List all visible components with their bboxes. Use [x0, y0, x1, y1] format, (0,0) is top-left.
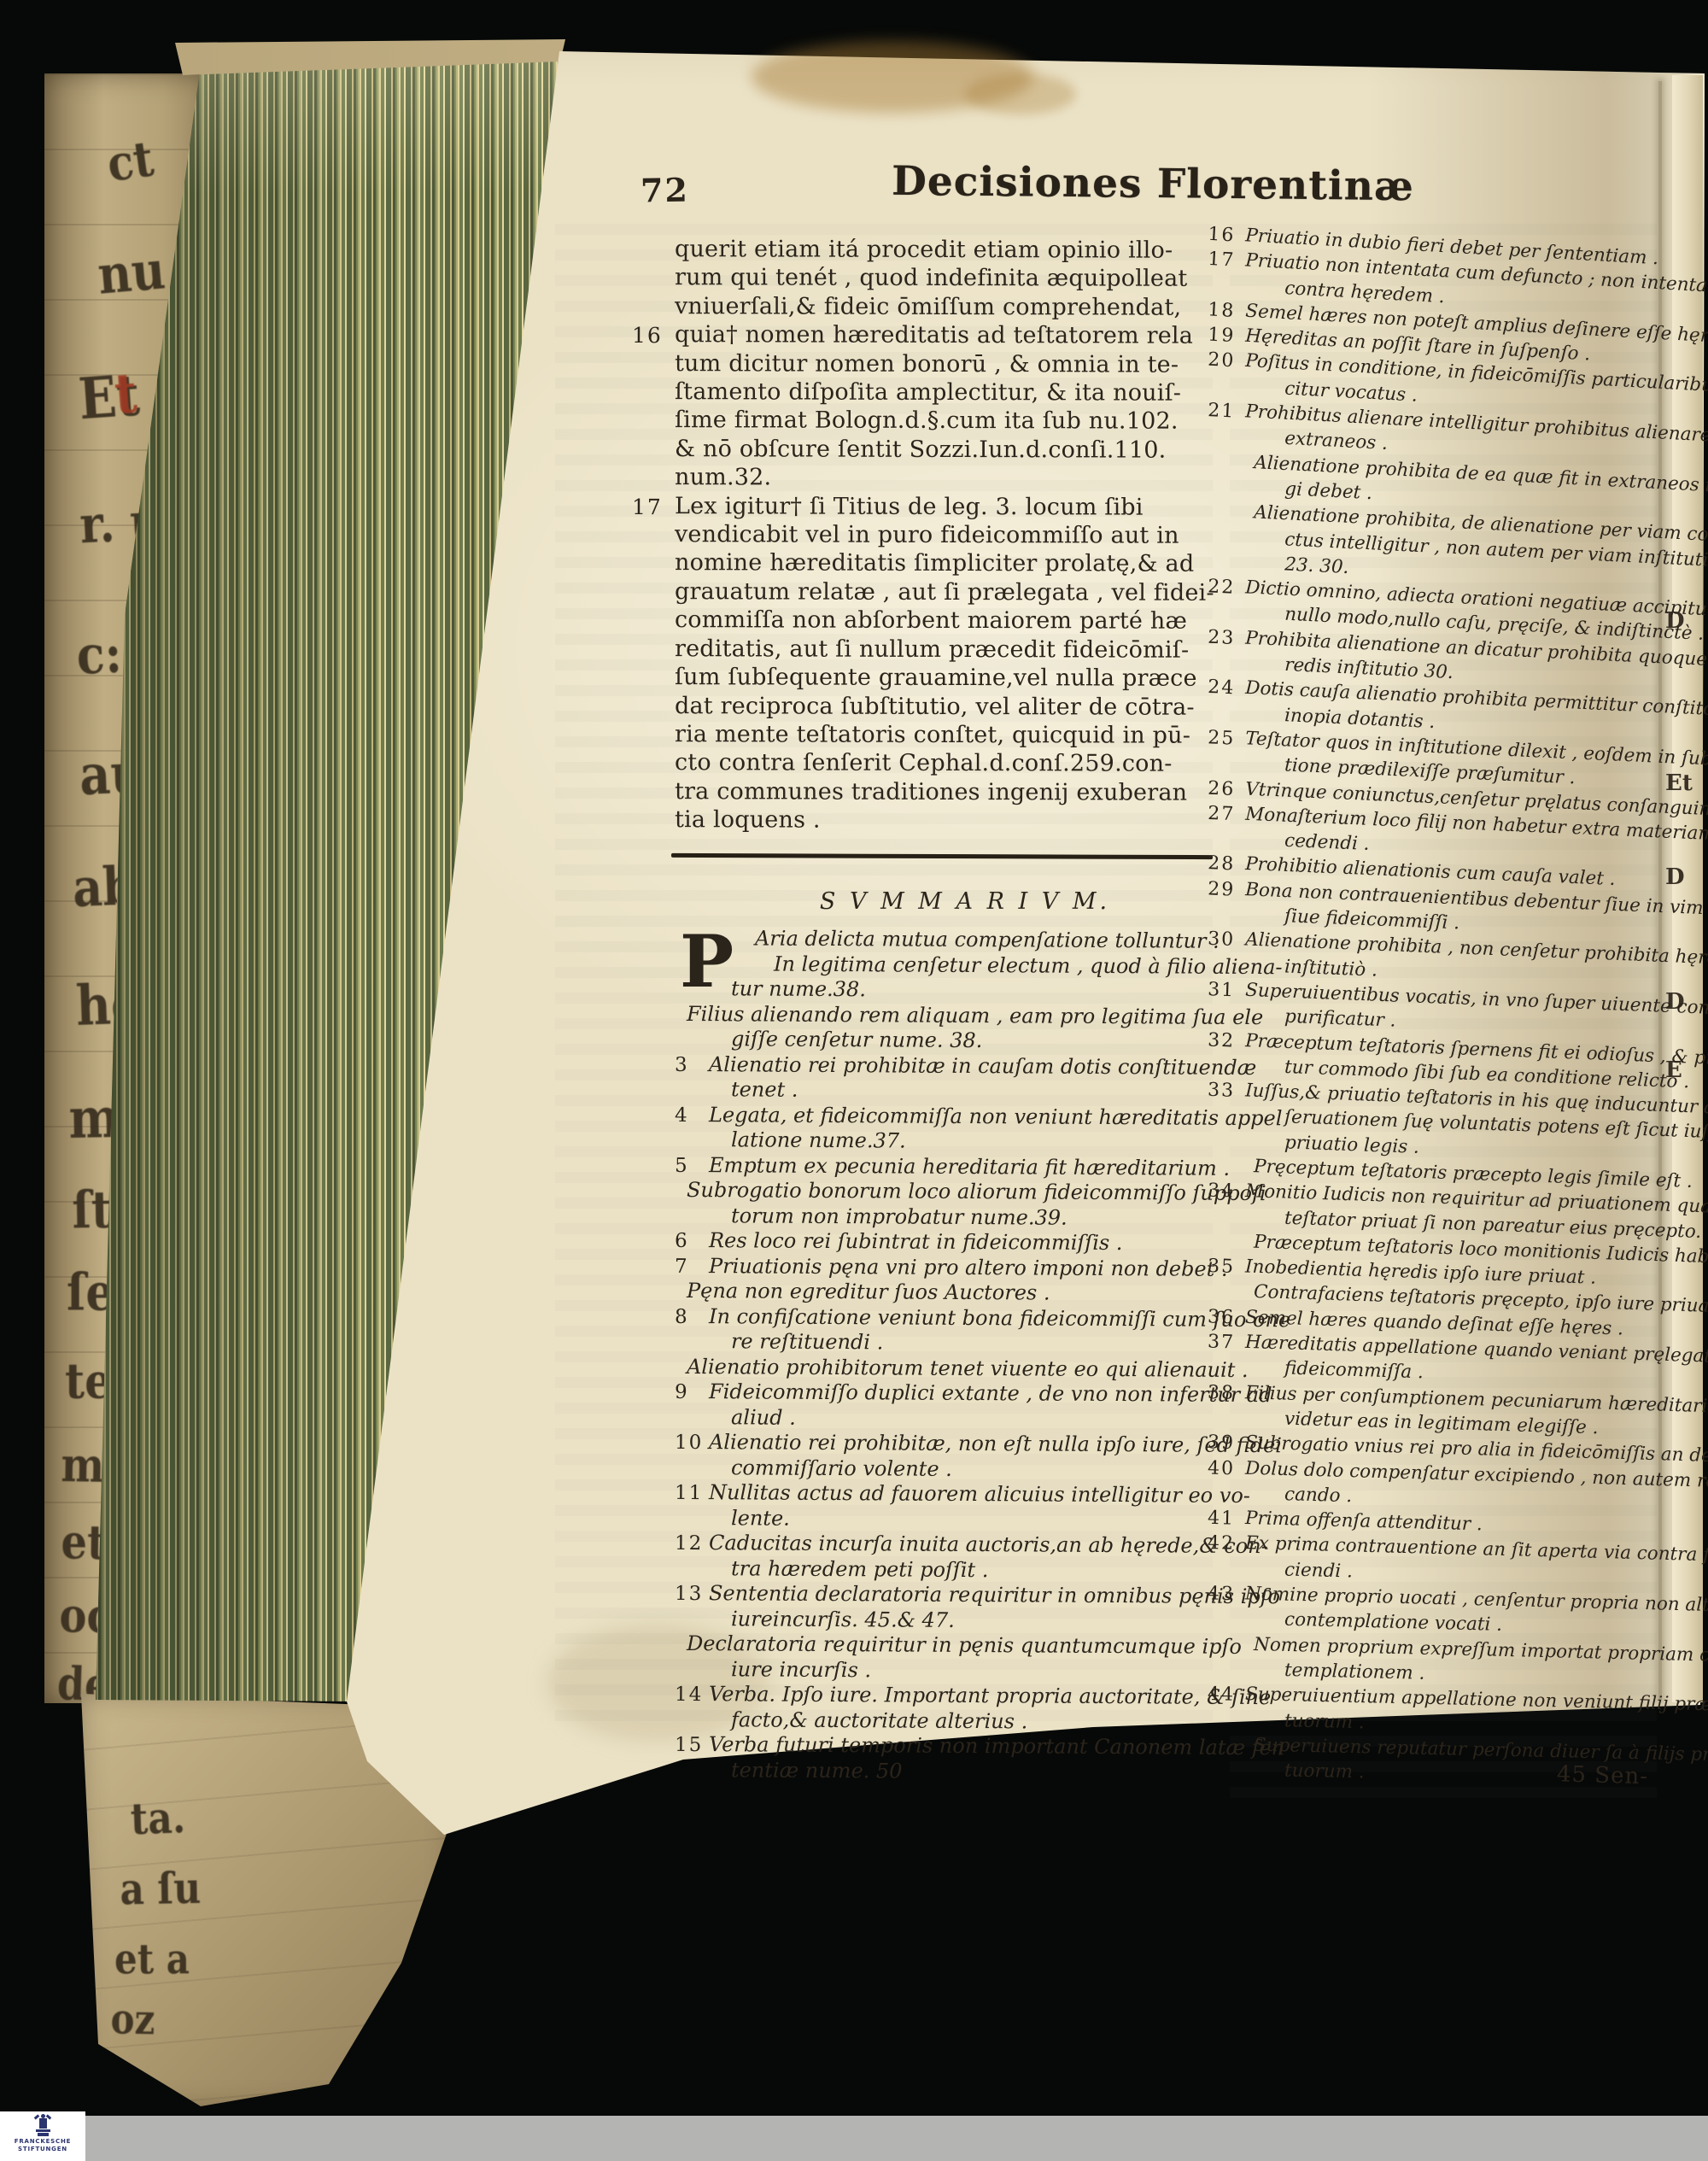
text-line: 6Res loco rei ſubintrat in fideicommiſſi…: [709, 1228, 1230, 1256]
text-line: tenet .: [709, 1077, 1230, 1105]
text-line: latione nume.37.: [709, 1127, 1230, 1156]
manuscript-fragment: nu: [96, 243, 167, 302]
stamp-text-line1: FRANCKESCHE: [15, 2138, 71, 2146]
text-line: tia loquens .: [675, 805, 1225, 835]
text-line: & nō obſcure ſentit Sozzi.Iun.d.conſi.11…: [675, 435, 1225, 465]
manuscript-fragment: et a: [114, 1939, 190, 1980]
manuscript-fragment: ct: [104, 134, 156, 189]
manuscript-fragment: ta.: [130, 1797, 186, 1842]
left-column-body-text: querit etiam itá procedit etiam opinio i…: [675, 236, 1225, 835]
text-line: lente.: [709, 1506, 1230, 1534]
text-line: 7Priuationis pęna vni pro altero imponi …: [709, 1254, 1230, 1282]
page-stain: [965, 73, 1076, 114]
text-line: 5Emptum ex pecunia hereditaria fit hæred…: [709, 1153, 1230, 1181]
manuscript-fragment: oz: [110, 1999, 155, 2041]
text-line: Subrogatio bonorum loco aliorum fideicom…: [709, 1178, 1230, 1206]
page-number: 72: [640, 171, 690, 210]
book-scan: ctnuEttr. uc: cauabēhemāſtſertenm oet ſo…: [0, 0, 1708, 2161]
text-line: aliud .: [709, 1405, 1230, 1433]
text-line: 13Sententia declaratoria requiritur in o…: [709, 1581, 1230, 1609]
text-line: 8In confiſcatione veniunt bona fideicomm…: [709, 1304, 1230, 1332]
text-line: num.32.: [675, 463, 1225, 493]
library-stamp: FRANCKESCHE STIFTUNGEN: [0, 2111, 85, 2161]
text-line: commiſſario volente .: [709, 1455, 1230, 1484]
text-line: querit etiam itá procedit etiam opinio i…: [675, 235, 1225, 265]
text-line: re reſtituendi .: [709, 1329, 1230, 1357]
text-line: iure incurſis .: [709, 1657, 1230, 1685]
text-line: Declaratoria requiritur in pęnis quantum…: [709, 1631, 1230, 1660]
text-line: ſime firmat Bologn.d.§.cum ita ſub nu.10…: [675, 407, 1225, 436]
text-line: tur nume.38.: [709, 976, 1230, 1004]
text-line: tum dicitur nomen bonorū , & omnia in te…: [675, 349, 1225, 379]
text-line: reditatis, aut ſi nullum præcedit fideic…: [675, 635, 1225, 665]
text-line: ria mente teſtatoris conſtet, quicquid i…: [675, 720, 1225, 750]
text-line: Pęna non egreditur ſuos Auctores .: [709, 1279, 1230, 1307]
text-line: 12Caducitas incurſa inuita auctoris,an a…: [709, 1531, 1230, 1559]
running-title: Decisiones Florentinæ: [880, 158, 1427, 211]
text-line: 17 Lex igitur† ſi Titius de leg. 3. locu…: [675, 492, 1225, 522]
text-line: torum non improbatur nume.39.: [709, 1203, 1230, 1232]
text-line: grauatum relatæ , aut ſi prælegata , vel…: [675, 577, 1225, 607]
text-line: Alienatio prohibitorum tenet viuente eo …: [709, 1355, 1230, 1383]
text-line: vniuerſali,& fideic ōmiſſum comprehendat…: [675, 292, 1225, 322]
text-line: Aria delicta mutua compenſatione tollunt…: [709, 926, 1230, 954]
text-line: dat reciproca ſubſtitutio, vel aliter de…: [675, 692, 1225, 722]
text-line: tra communes traditiones ingenij exubera…: [675, 777, 1225, 807]
manuscript-fragment: t: [113, 366, 138, 422]
text-line: 3Alienatio rei prohibitæ in cauſam dotis…: [709, 1052, 1230, 1080]
text-line: giſſe cenſetur nume. 38.: [709, 1027, 1230, 1055]
text-line: 16quia† nomen hæreditatis ad teſtatorem …: [675, 320, 1225, 350]
francke-foundations-emblem-icon: [33, 2114, 52, 2136]
text-line: 11Nullitas actus ad fauorem alicuius int…: [709, 1480, 1230, 1508]
text-line: 10Alienatio rei prohibitæ, non eſt nulla…: [709, 1430, 1230, 1458]
manuscript-fragment: ſt: [72, 1185, 112, 1237]
text-line: cto contra ſenſerit Cephal.d.conſ.259.co…: [675, 748, 1225, 778]
text-line: 14Verba. Ipſo iure. Important propria au…: [709, 1682, 1230, 1710]
manuscript-fragment: a ſu: [120, 1867, 202, 1912]
text-line: 9Fideicommiſſo duplici extante , de vno …: [709, 1379, 1230, 1408]
stamp-text-line2: STIFTUNGEN: [18, 2146, 67, 2153]
text-line: vendicabit vel in puro fideicommiſſo aut…: [675, 520, 1225, 550]
text-line: iureincurſis. 45.& 47.: [709, 1607, 1230, 1635]
text-line: tentiæ nume. 50: [709, 1758, 1230, 1786]
summarium-list-left: P Aria delicta mutua compenſatione tollu…: [709, 928, 1230, 1784]
footer-bar: [0, 2116, 1708, 2161]
text-line: 4Legata, et fideicommiſſa non veniunt hæ…: [709, 1103, 1230, 1131]
text-line: ſtamento diſpoſita amplectitur, & ita no…: [675, 378, 1225, 407]
text-line: In legitima cenſetur electum , quod à fi…: [709, 952, 1230, 980]
text-line: nomine hæreditatis ſimpliciter prolatę,&…: [675, 549, 1225, 579]
text-line: ſum ſubſequente grauamine,vel nulla præc…: [675, 663, 1225, 693]
text-line: rum qui tenét , quod indefinita æquipoll…: [675, 264, 1225, 294]
text-line: tra hæredem peti poſſit .: [709, 1556, 1230, 1584]
text-line: facto,& auctoritate alterius .: [709, 1707, 1230, 1736]
text-line: Filius alienando rem aliquam , eam pro l…: [709, 1002, 1230, 1030]
summarium-heading: S V M M A R I V M.: [709, 888, 1221, 915]
text-line: 15Verba futuri temporis non important Ca…: [709, 1732, 1230, 1760]
catchword: 45 Sen-: [1452, 1759, 1649, 1789]
text-line: commiſſa non abſorbent maiorem parté hæ: [675, 606, 1225, 635]
summarium-list-right: 16Priuatio in dubio fieri debet per ſent…: [1245, 236, 1698, 1787]
